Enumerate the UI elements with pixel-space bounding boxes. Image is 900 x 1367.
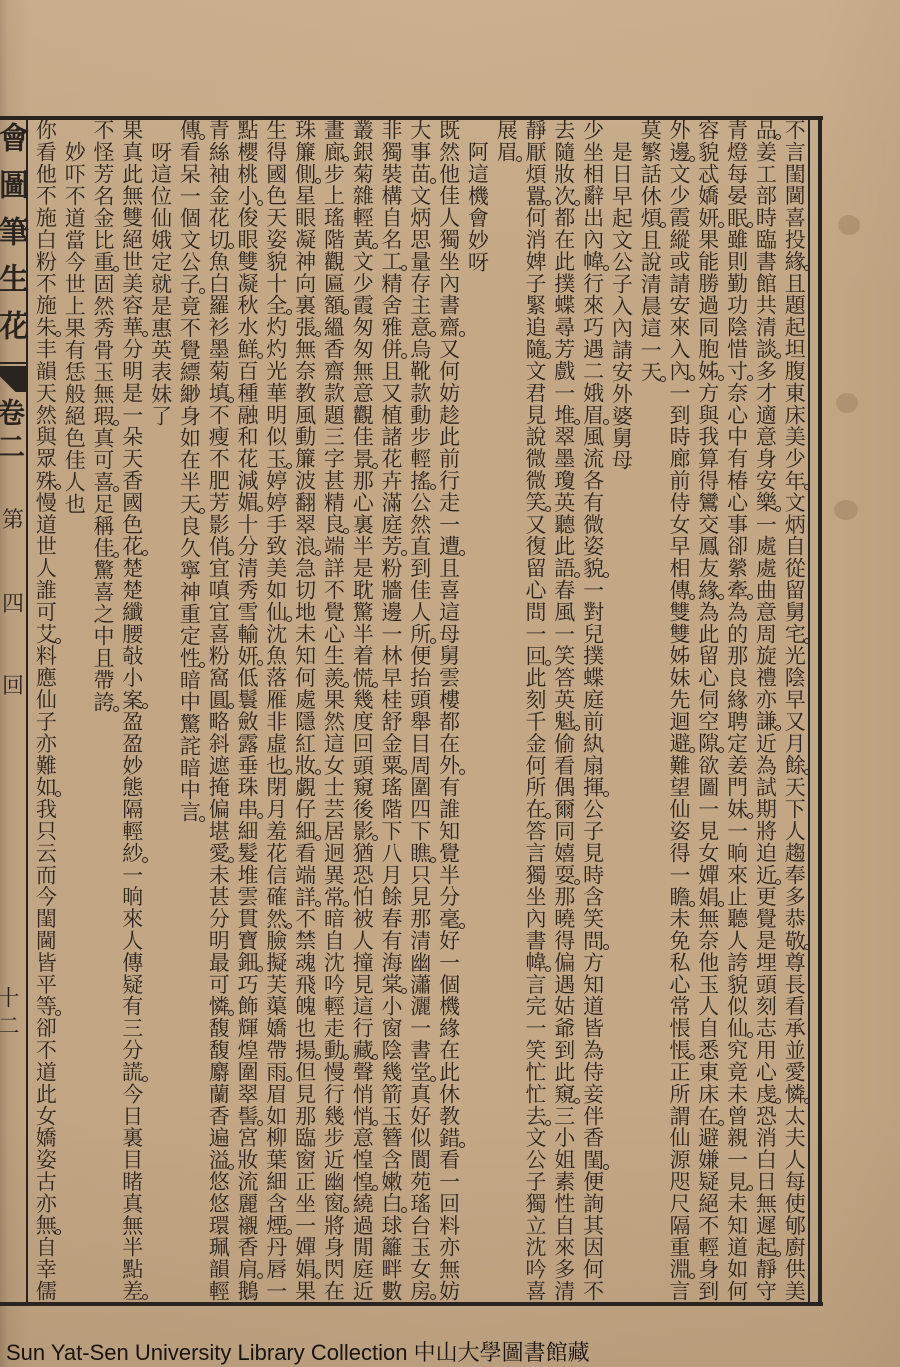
text-column: 少坐相辭出內幃行來巧遇二娥眉風流各有微姿貌一對兒撲蝶庭前紈扇揮公子見時含笑問方知… — [578, 119, 607, 1301]
title-box-divider — [0, 362, 27, 364]
collection-credit: Sun Yat-Sen University Library Collectio… — [6, 1336, 590, 1367]
chapter-char: 第 — [0, 508, 26, 534]
paper-damage-spot — [834, 500, 858, 520]
text-column: 你看他不施白粉不施朱丰韻天然與眾殊慢道世人誰可艾料應仙子亦難如我只云而今閨閫皆平… — [30, 119, 59, 1301]
text-column: 大事苗文炳思量存主意烏靴款動步輕搖公然直到佳人所便抬頭舉目周圍四下瞧只見那清幽瀟… — [405, 119, 434, 1301]
text-column: 既然他佳人獨坐內書齋又何妨趁此前行走一遭且喜這母舅雲樓都在外有誰知覺半分毫好一個… — [434, 119, 463, 1301]
paper-damage-spot — [838, 215, 860, 235]
page-number: 十二 — [0, 986, 19, 1042]
text-column: 果真此無雙絕世美容華分明是一朵天香國色花楚楚纖腰敧小案盈盈妙態隔輕紗一晌來人傳疑… — [117, 119, 146, 1301]
text-column: 去隨妝次都在此撲蝶尋芳戲一堆翠墨瓊英聽此語春風一笑答英魁偷看偶爾同嬉耍那曉得偏遇… — [549, 119, 578, 1301]
chapter-char: 回 — [0, 674, 26, 700]
text-column: 珠簾側星眼凝神向裏張無奈教風動簾波翻翠浪急切地未知何處隱紅妝覷仔細看端詳不禁魂飛… — [290, 119, 319, 1301]
text-column: 青燈每晏眠雖則勤功陰惜寸奈心中有椿心事卻縈牽為的那良緣聘定姜門妹一晌來止聽人誇貌… — [722, 119, 751, 1301]
text-column: 生得國色天姿貌十全灼灼光華明似玉婷婷手致美如仙沈魚落雁非虛也閉月羞花信確然臉擬芙… — [261, 119, 290, 1301]
volume-label: 卷二 — [0, 398, 26, 466]
text-column: 叢銀菊雜輕黃文少霞匆匆無意觀佳景那心裏半是耽驚半着慌幾度回頭窺後影猶恐怕被人撞見… — [347, 119, 376, 1301]
paper-damage-spot — [836, 393, 858, 413]
frame-right-border — [818, 116, 822, 1306]
prose-line: 呀這位仙娥定就是惠英表妹了 — [146, 141, 175, 427]
text-column: 青絲袖金花切魚白羅衫墨菊填不瘦不肥芳影俏宜嗔宜喜粉窩圓略斜遮掩偏堪愛未甚分明最可… — [203, 119, 232, 1301]
text-column: 品姜工部時臨書館共清談多才適意身安樂一處處曲意周旋禮亦謙近為試期將迫近更覺是埋頭… — [750, 119, 779, 1301]
text-column: 靜厭煩囂何消婢子緊追隨文君見說微微笑又復留心問一回此刻千金何所在答言獨坐內書幃言… — [520, 119, 549, 1301]
text-column: 點櫻桃小俊眼雙凝秋水鮮百種融和花減媚十分清秀雪輸妍低鬟斂露垂珠串細髮堆雲貫寶鈿巧… — [232, 119, 261, 1301]
prose-line: 妙吓不道當今世上果有恁般絕色佳人也 — [59, 141, 88, 515]
frame-right-inner-line — [808, 116, 810, 1306]
text-column: 畫廊步上瑤階觀匾額縕香齋款題三字甚精良端詳不覺心生羨果然這女士芸居迥異常暗自沈吟… — [318, 119, 347, 1301]
fishtail-mark — [0, 366, 26, 392]
text-column: 莫繁話休煩且說清晨這一天 — [635, 119, 664, 383]
text-column: 傳看呆一個文公子竟不覺縹緲身如在半天良久寧神重定性暗中驚詫暗中言 — [174, 119, 203, 823]
text-column: 外邊文少霞縱或請安來入內一到時廊前侍女早相傳雙雙姊妹先迴避難望仙姿得一瞻未免私心… — [664, 119, 693, 1301]
prose-line: 是日早起文公子入內請安外婆舅母 — [606, 141, 635, 471]
text-column: 不言閨閫喜投緣且題起坦腹東床美少年文炳自從留舅宅光陰早又月餘天下人趨奉多恭敬尊長… — [779, 119, 808, 1301]
book-title: 會圖筆生花 — [0, 122, 27, 357]
chapter-char: 四 — [0, 592, 26, 618]
text-column: 不怪芳名金比重固然秀骨玉無瑕真可喜足稱佳驚喜之中且帶誇 — [88, 119, 117, 713]
text-column: 展眉 — [491, 119, 520, 163]
frame-bottom-border — [0, 1302, 823, 1306]
text-column: 非獨裝構自名工精舍雅併且又植諸花卉滿庭芳粉牆邊一林早桂舒金粟瑤階下八月餘春有海棠… — [376, 119, 405, 1301]
text-column: 容貌忒嬌妍果能勝過同胞姊方與我算得鸞交鳳友緣為此留心伺空隙欲圖一見女嬋娟無奈他玉… — [693, 119, 722, 1301]
prose-line: 阿這機會妙呀 — [462, 141, 491, 273]
